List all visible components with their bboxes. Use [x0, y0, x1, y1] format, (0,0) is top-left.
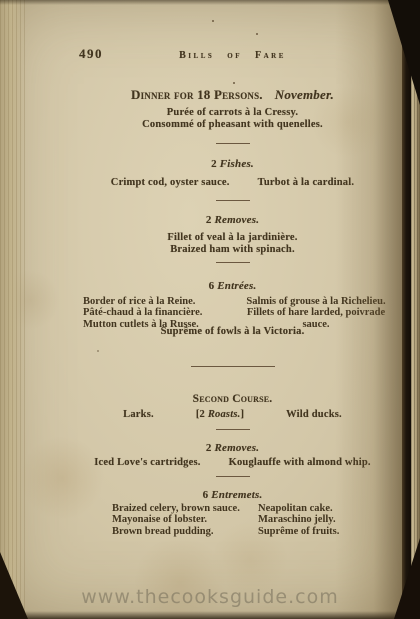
scanned-book-page: 490 Bills of Fare Dinner for 18 Persons.… — [0, 0, 420, 619]
course-name: Entremets. — [211, 489, 262, 501]
course-name: Removes. — [214, 214, 259, 226]
course-name: Removes. — [214, 442, 259, 454]
section-divider — [216, 429, 250, 430]
section-divider — [216, 476, 250, 477]
course-count: 2 — [206, 442, 212, 454]
menu-item: Crimpt cod, oyster sauce. — [111, 177, 230, 189]
course-count: 6 — [209, 280, 215, 292]
course-name: Entrées. — [217, 280, 256, 292]
menu-title: Dinner for 18 Persons. — [131, 87, 263, 102]
entremets-left-column: Braized celery, brown sauce. Mayonaise o… — [112, 503, 260, 537]
course-name: Fishes. — [220, 158, 254, 170]
menu-item: Braized celery, brown sauce. — [112, 503, 260, 514]
scan-edge-bottom — [0, 611, 420, 619]
course-count: 2 — [211, 158, 217, 170]
page-curve-shadow — [335, 0, 405, 619]
menu-item: Iced Love's cartridges. — [94, 457, 200, 469]
book-gutter-line — [402, 0, 411, 619]
section-divider — [216, 262, 250, 263]
running-header: Bills of Fare — [179, 50, 286, 61]
page-edge-left — [0, 0, 26, 619]
menu-month: November. — [275, 87, 334, 102]
menu-item: Wild ducks. — [286, 409, 342, 421]
menu-item: Brown bread pudding. — [112, 526, 260, 537]
course-divider — [191, 366, 275, 367]
menu-item: Border of rice à la Reine. — [83, 296, 253, 307]
course-count: 6 — [203, 489, 209, 501]
menu-item: Pâté-chaud à la financière. — [83, 307, 253, 318]
section-divider — [216, 200, 250, 201]
page-number: 490 — [79, 48, 103, 60]
roasts-bracket: [2 — [196, 409, 208, 420]
menu-item: Mayonaise of lobster. — [112, 514, 260, 525]
menu-item: Larks. — [123, 409, 154, 421]
course-count: 2 — [206, 214, 212, 226]
section-divider — [216, 143, 250, 144]
roasts-label: Roasts. — [208, 409, 241, 420]
roasts-bracket: ] — [240, 409, 244, 420]
scan-edge-top — [0, 0, 420, 5]
menu-item: [2 Roasts.] — [196, 409, 244, 421]
